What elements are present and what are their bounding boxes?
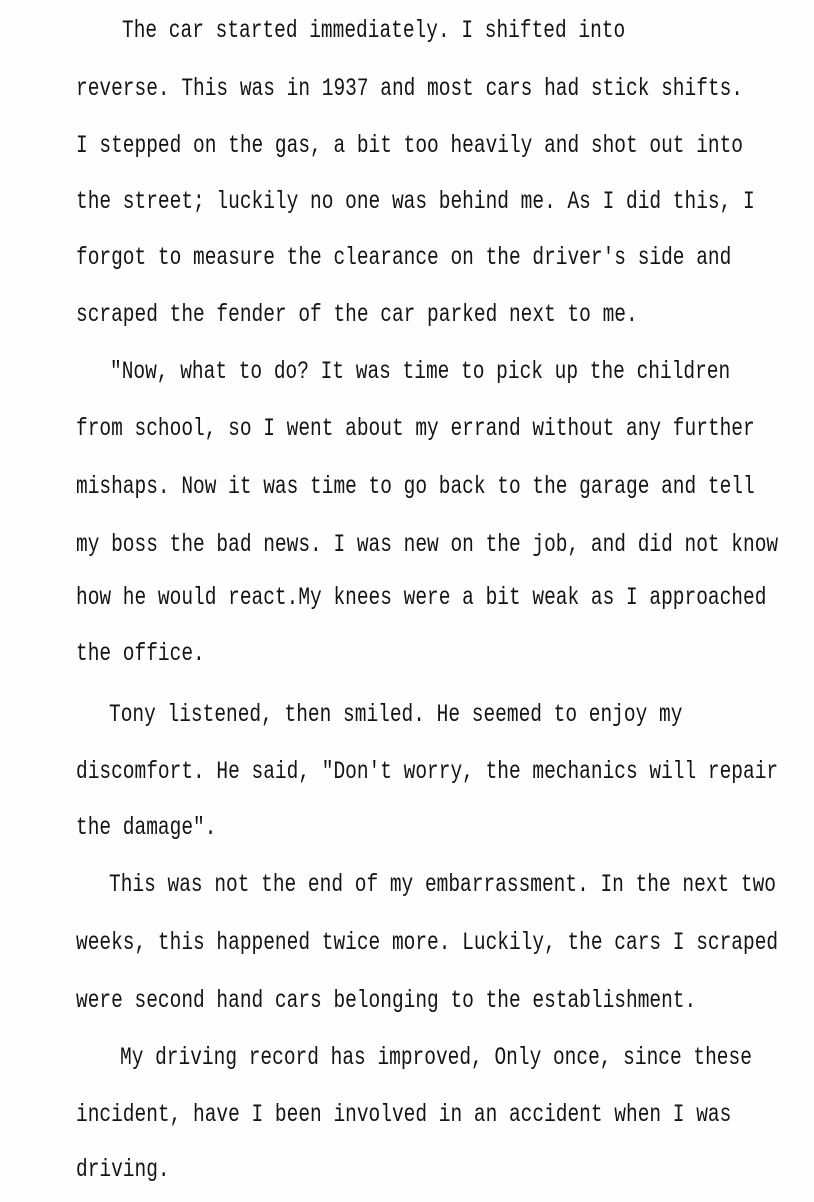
text-line: how he would react.My knees were a bit w… bbox=[76, 583, 766, 613]
text-line: scraped the fender of the car parked nex… bbox=[76, 300, 638, 330]
text-line: the office. bbox=[76, 639, 205, 669]
text-line: reverse. This was in 1937 and most cars … bbox=[76, 74, 743, 104]
text-line: Tony listened, then smiled. He seemed to… bbox=[109, 700, 682, 730]
text-line: The car started immediately. I shifted i… bbox=[122, 16, 625, 46]
text-line: mishaps. Now it was time to go back to t… bbox=[76, 472, 755, 502]
text-line: from school, so I went about my errand w… bbox=[76, 414, 755, 444]
text-line: discomfort. He said, "Don't worry, the m… bbox=[76, 757, 778, 787]
document-page: The car started immediately. I shifted i… bbox=[0, 0, 814, 1202]
text-line: I stepped on the gas, a bit too heavily … bbox=[76, 131, 743, 161]
text-line: forgot to measure the clearance on the d… bbox=[76, 243, 731, 273]
text-line: were second hand cars belonging to the e… bbox=[76, 986, 696, 1016]
text-line: driving. bbox=[76, 1155, 170, 1185]
text-line: the damage". bbox=[76, 813, 216, 843]
text-line: my boss the bad news. I was new on the j… bbox=[76, 530, 778, 560]
text-line: My driving record has improved, Only onc… bbox=[120, 1043, 752, 1073]
text-line: This was not the end of my embarrassment… bbox=[109, 870, 776, 900]
text-line: the street; luckily no one was behind me… bbox=[76, 187, 755, 217]
text-line: weeks, this happened twice more. Luckily… bbox=[76, 928, 778, 958]
text-line: "Now, what to do? It was time to pick up… bbox=[110, 357, 730, 387]
text-line: incident, have I been involved in an acc… bbox=[76, 1100, 731, 1130]
